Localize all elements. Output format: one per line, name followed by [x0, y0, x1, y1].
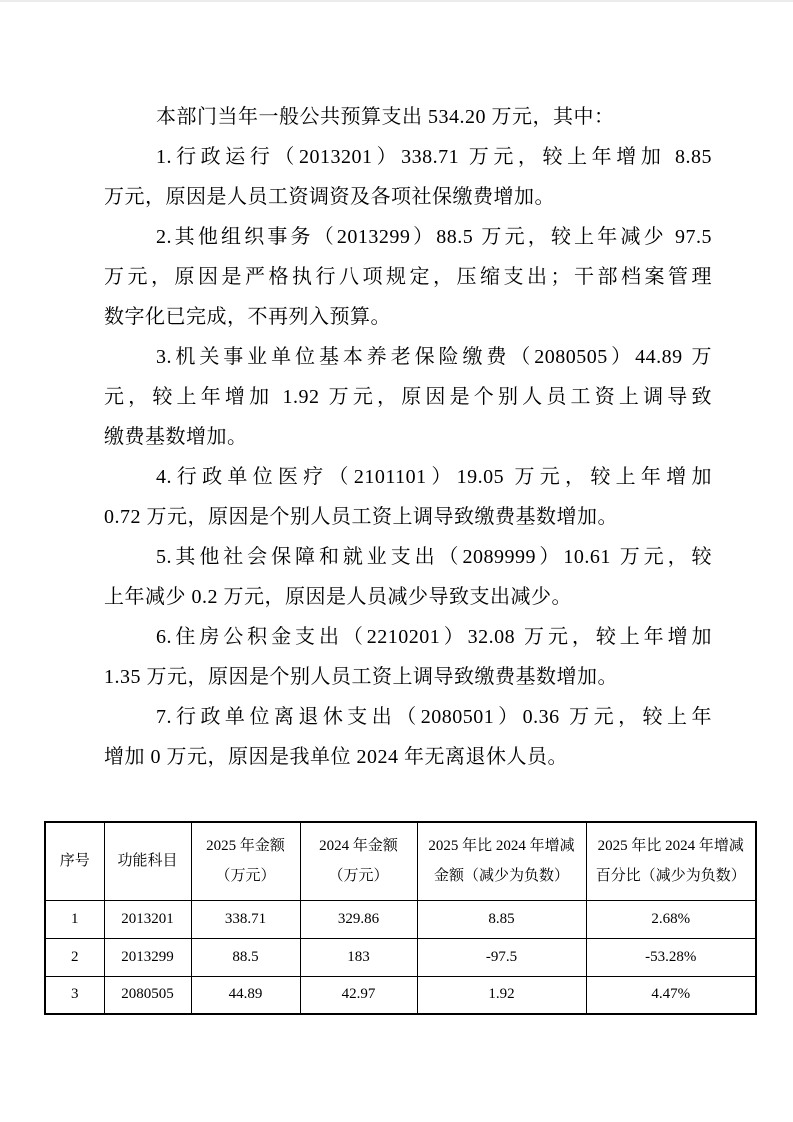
table-header-line: 序号 [46, 846, 104, 876]
paragraph-line: 0.72 万元，原因是个别人员工资上调导致缴费基数增加。 [104, 497, 712, 537]
table-cell: -97.5 [417, 938, 586, 976]
table-header-line: 百分比（减少为负数） [587, 861, 756, 891]
table-cell: 42.97 [300, 976, 417, 1014]
table-cell: 44.89 [191, 976, 300, 1014]
paragraph-line: 7.行政单位离退休支出（2080501）0.36 万元，较上年 [104, 697, 712, 737]
paragraph-line: 3.机关事业单位基本养老保险缴费（2080505）44.89 万 [104, 337, 712, 377]
table-header-cell: 序号 [45, 822, 104, 900]
table-header-row: 序号功能科目2025 年金额（万元）2024 年金额（万元）2025 年比 20… [45, 822, 756, 900]
table-header-cell: 2024 年金额（万元） [300, 822, 417, 900]
table-header-line: （万元） [301, 861, 417, 891]
table-cell: 1 [45, 900, 104, 938]
table-row: 12013201338.71329.868.852.68% [45, 900, 756, 938]
paragraph-line: 5.其他社会保障和就业支出（2089999）10.61 万元，较 [104, 537, 712, 577]
table-row: 3208050544.8942.971.924.47% [45, 976, 756, 1014]
table-header-cell: 功能科目 [104, 822, 191, 900]
table-header-line: 2024 年金额 [301, 831, 417, 861]
document-page: 本部门当年一般公共预算支出 534.20 万元，其中：1.行政运行（201320… [0, 0, 793, 1122]
table-cell: 3 [45, 976, 104, 1014]
budget-table-body: 12013201338.71329.868.852.68%2201329988.… [45, 900, 756, 1014]
table-row: 2201329988.5183-97.5-53.28% [45, 938, 756, 976]
table-header-cell: 2025 年金额（万元） [191, 822, 300, 900]
table-cell: 4.47% [586, 976, 756, 1014]
paragraph-line: 1.35 万元，原因是个别人员工资上调导致缴费基数增加。 [104, 657, 712, 697]
table-header-cell: 2025 年比 2024 年增减百分比（减少为负数） [586, 822, 756, 900]
table-cell: -53.28% [586, 938, 756, 976]
budget-table: 序号功能科目2025 年金额（万元）2024 年金额（万元）2025 年比 20… [44, 821, 757, 1015]
paragraph-line: 4.行政单位医疗（2101101）19.05 万元，较上年增加 [104, 457, 712, 497]
paragraph-line: 数字化已完成，不再列入预算。 [104, 297, 712, 337]
paragraph-line: 缴费基数增加。 [104, 417, 712, 457]
table-cell: 183 [300, 938, 417, 976]
table-header-line: 2025 年比 2024 年增减 [587, 831, 756, 861]
paragraph-line: 本部门当年一般公共预算支出 534.20 万元，其中： [104, 97, 712, 137]
budget-table-head: 序号功能科目2025 年金额（万元）2024 年金额（万元）2025 年比 20… [45, 822, 756, 900]
table-cell: 1.92 [417, 976, 586, 1014]
table-header-line: 2025 年金额 [192, 831, 300, 861]
paragraph-line: 上年减少 0.2 万元，原因是人员减少导致支出减少。 [104, 577, 712, 617]
body-text: 本部门当年一般公共预算支出 534.20 万元，其中：1.行政运行（201320… [104, 97, 712, 777]
paragraph-line: 万元，原因是严格执行八项规定，压缩支出；干部档案管理 [104, 257, 712, 297]
table-cell: 2.68% [586, 900, 756, 938]
table-header-line: 2025 年比 2024 年增减 [418, 831, 586, 861]
table-cell: 338.71 [191, 900, 300, 938]
table-cell: 2013201 [104, 900, 191, 938]
table-cell: 2080505 [104, 976, 191, 1014]
paragraph-line: 2.其他组织事务（2013299）88.5 万元，较上年减少 97.5 [104, 217, 712, 257]
table-cell: 8.85 [417, 900, 586, 938]
table-header-line: 金额（减少为负数） [418, 861, 586, 891]
table-cell: 2 [45, 938, 104, 976]
table-cell: 329.86 [300, 900, 417, 938]
paragraph-line: 增加 0 万元，原因是我单位 2024 年无离退休人员。 [104, 737, 712, 777]
paragraph-line: 万元，原因是人员工资调资及各项社保缴费增加。 [104, 177, 712, 217]
table-cell: 88.5 [191, 938, 300, 976]
table-header-line: （万元） [192, 861, 300, 891]
paragraph-line: 1.行政运行（2013201）338.71 万元，较上年增加 8.85 [104, 137, 712, 177]
table-header-line: 功能科目 [105, 846, 191, 876]
paragraph-line: 元，较上年增加 1.92 万元，原因是个别人员工资上调导致 [104, 377, 712, 417]
table-cell: 2013299 [104, 938, 191, 976]
table-header-cell: 2025 年比 2024 年增减金额（减少为负数） [417, 822, 586, 900]
paragraph-line: 6.住房公积金支出（2210201）32.08 万元，较上年增加 [104, 617, 712, 657]
